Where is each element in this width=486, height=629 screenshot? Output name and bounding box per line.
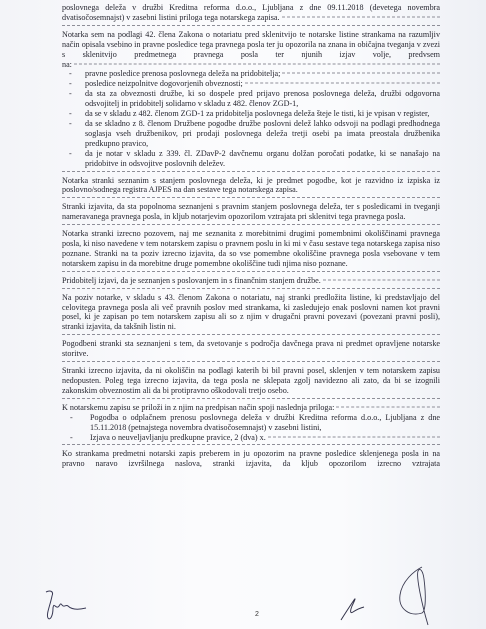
paragraph-notary-explanation: Notarka sem na podlagi 42. člena Zakona … — [62, 30, 440, 60]
paragraph-other-circumstances: Notarka stranki izrecno pozovem, naj me … — [62, 229, 440, 269]
paragraph-related-documents: Na poziv notarke, v skladu s 43. členom … — [62, 293, 440, 333]
separator — [62, 224, 440, 225]
intro-line-2: dvatisočosemnajst) v zasebni listini pri… — [62, 13, 440, 23]
separator — [62, 444, 440, 445]
separator — [62, 361, 440, 362]
signature-left-icon — [40, 588, 90, 624]
list-item: pravne posledice prenosa poslovnega dele… — [62, 69, 440, 79]
separator — [62, 398, 440, 399]
list-item: da se v skladu z 482. členom ZGD-1 za pr… — [62, 109, 440, 119]
separator — [62, 288, 440, 289]
separator — [62, 171, 440, 172]
dash-filler — [282, 16, 440, 17]
warnings-list: pravne posledice prenosa poslovnega dele… — [62, 69, 440, 168]
attachments-list: Pogodba o odplačnem prenosu poslovnega d… — [62, 413, 440, 443]
dash-filler — [74, 63, 440, 64]
paragraph-tail: na: — [62, 60, 440, 70]
separator — [62, 271, 440, 272]
signature-right-icon — [396, 565, 436, 629]
paragraph-legality: Stranki izrecno izjavita, da ni okolišči… — [62, 366, 440, 396]
separator — [62, 25, 440, 26]
document-page: poslovnega deleža v družbi Kreditna refo… — [0, 0, 486, 629]
separator — [62, 197, 440, 198]
list-item: da se skladno z 8. členom Družbene pogod… — [62, 119, 440, 149]
paragraph-parties-acknowledge: Stranki izjavita, da sta popolnoma sezna… — [62, 202, 440, 222]
list-item: Pogodba o odplačnem prenosu poslovnega d… — [62, 413, 440, 433]
list-item: da sta za obveznosti družbe, ki so dospe… — [62, 89, 440, 109]
paragraph-attachments: K notarskemu zapisu se priloži in z njim… — [62, 403, 440, 413]
document-body: poslovnega deleža v družbi Kreditna refo… — [62, 3, 440, 469]
paragraph-reading: Ko strankama predmetni notarski zapis pr… — [62, 449, 440, 469]
list-item: posledice neizpolnitve dogovorjenih obve… — [62, 79, 440, 89]
list-item: da je notar v skladu z 339. čl. ZDavP-2 … — [62, 149, 440, 169]
dash-filler — [336, 406, 440, 407]
dash-filler — [323, 279, 440, 280]
page-number: 2 — [255, 611, 259, 618]
paragraph-share-status: Notarka stranki seznanim s stanjem poslo… — [62, 176, 440, 196]
separator — [62, 334, 440, 335]
paragraph-tax-advice: Pogodbeni stranki sta seznanjeni s tem, … — [62, 339, 440, 359]
signature-middle-icon — [338, 592, 368, 622]
intro-line-1: poslovnega deleža v družbi Kreditna refo… — [62, 3, 440, 13]
paragraph-acquirer-statement: Pridobitelj izjavi, da je seznanjen s po… — [62, 276, 440, 286]
list-item: Izjava o neuveljavljanju predkupne pravi… — [62, 433, 440, 443]
